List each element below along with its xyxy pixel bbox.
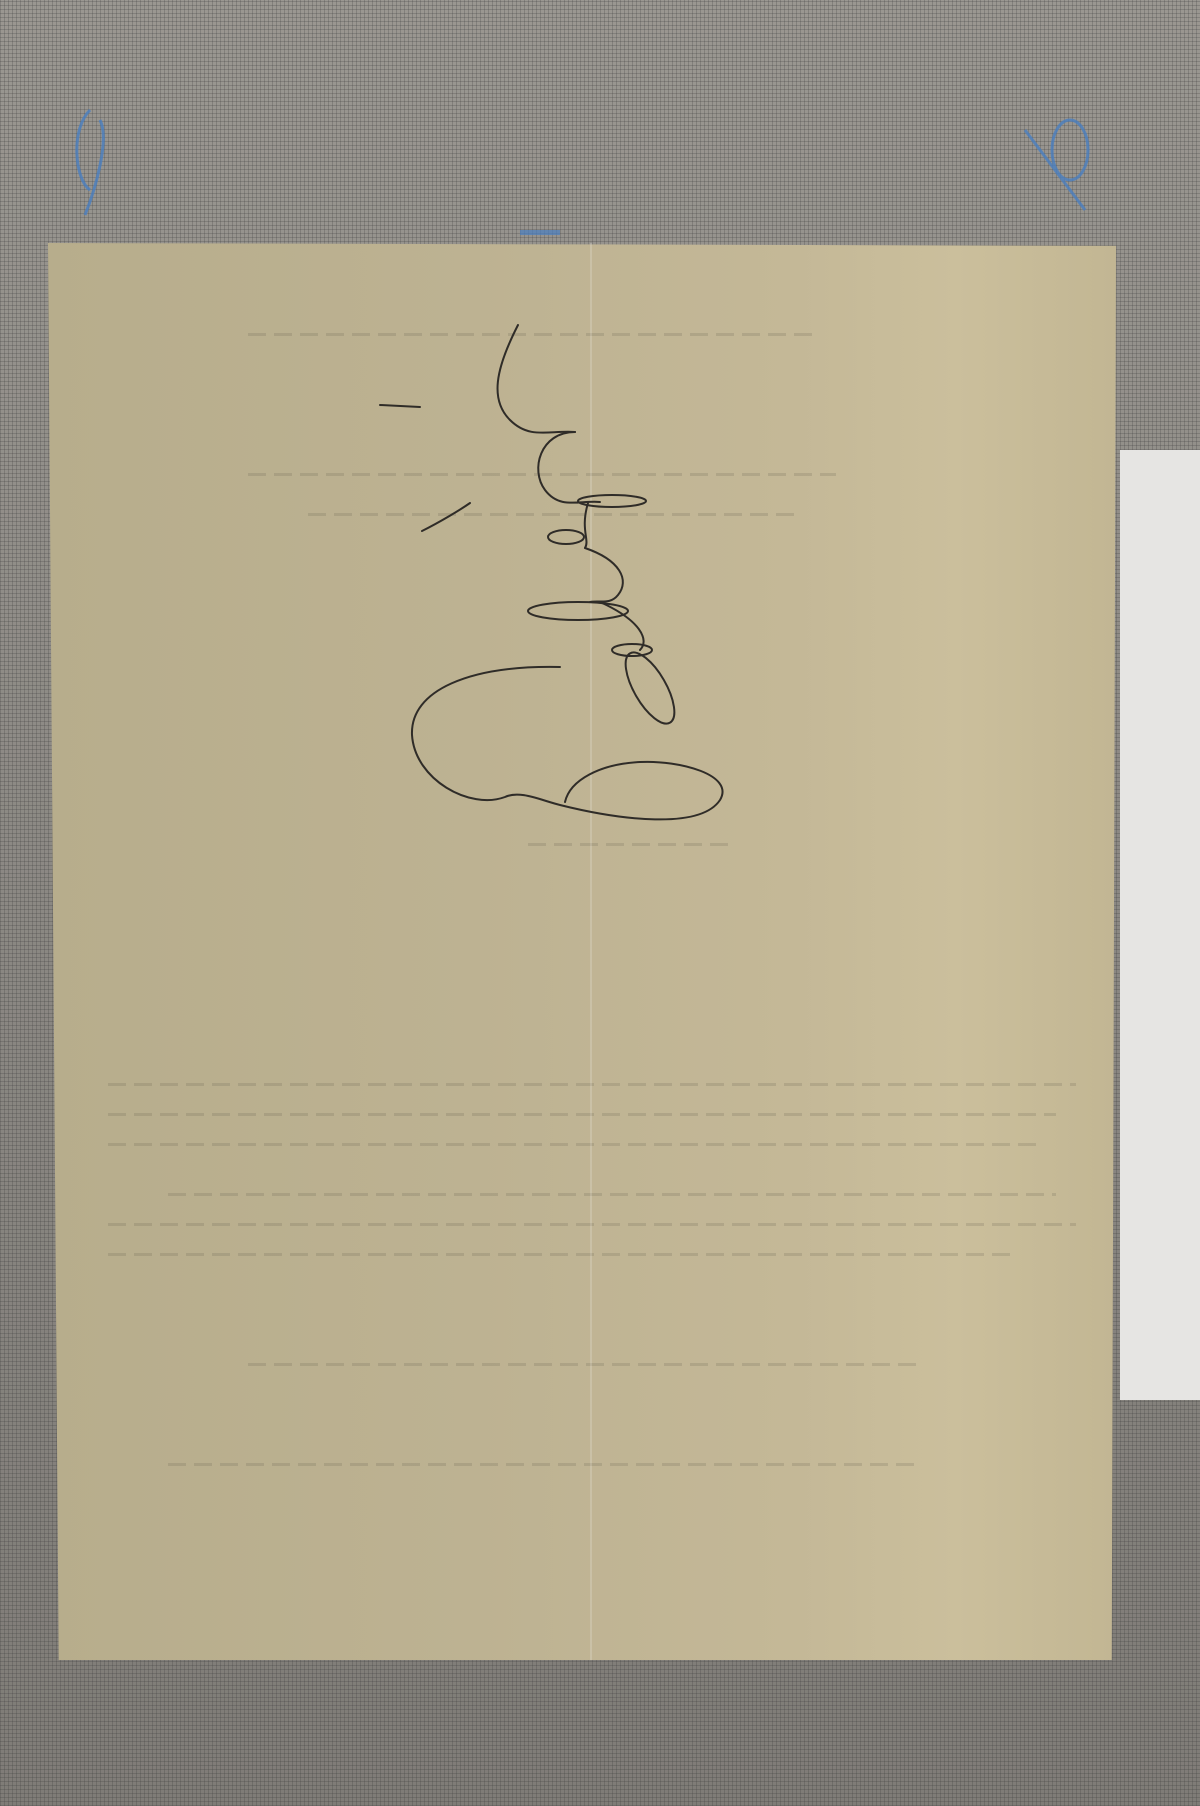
pencil-scribble (0, 0, 1200, 1806)
